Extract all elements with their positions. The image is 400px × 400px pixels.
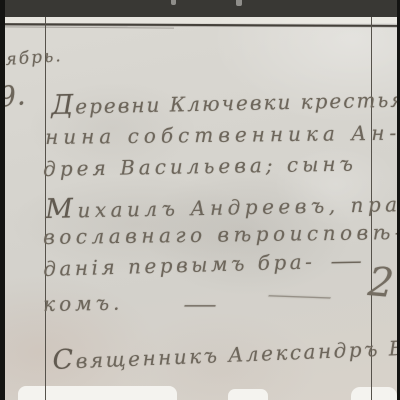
priest-signature-fragment: Священникъ Александръ Бо [52, 332, 400, 374]
film-edge-left [0, 0, 5, 400]
filler-dash: — [183, 294, 217, 314]
filler-dash: — [330, 250, 362, 271]
entry-text-line-4: Михаилъ Андреевъ, пра- [45, 189, 400, 223]
film-band-top [0, 0, 400, 17]
month-fragment-label: ябрь. [5, 48, 63, 69]
count-column-value: 2 [367, 262, 396, 304]
entry-text-line-1: Деревни Ключевки крестья- [51, 84, 400, 119]
entry-text-line-3: дрея Васильева; сынъ [43, 154, 357, 179]
entry-text-line-2: нина собственника Ан- [45, 123, 400, 147]
film-notch-icon [171, 0, 176, 5]
filler-dash: — [265, 284, 334, 306]
film-notch-icon [236, 0, 242, 6]
table-rule-top-faint [4, 26, 174, 28]
register-page-scan: ябрь. 9. Деревни Ключевки крестья- нина … [0, 0, 400, 400]
entry-text-line-6: данія первымъ бра- [43, 251, 316, 279]
watermark-blob-right [351, 387, 397, 400]
paper-highlight-strip [0, 17, 400, 23]
watermark-blob-left [18, 386, 177, 400]
entry-text-line-7: комъ. [43, 293, 124, 314]
watermark-blob-middle [228, 389, 268, 400]
entry-text-line-5: вославнаго вѣроисповѣ- [43, 222, 400, 247]
